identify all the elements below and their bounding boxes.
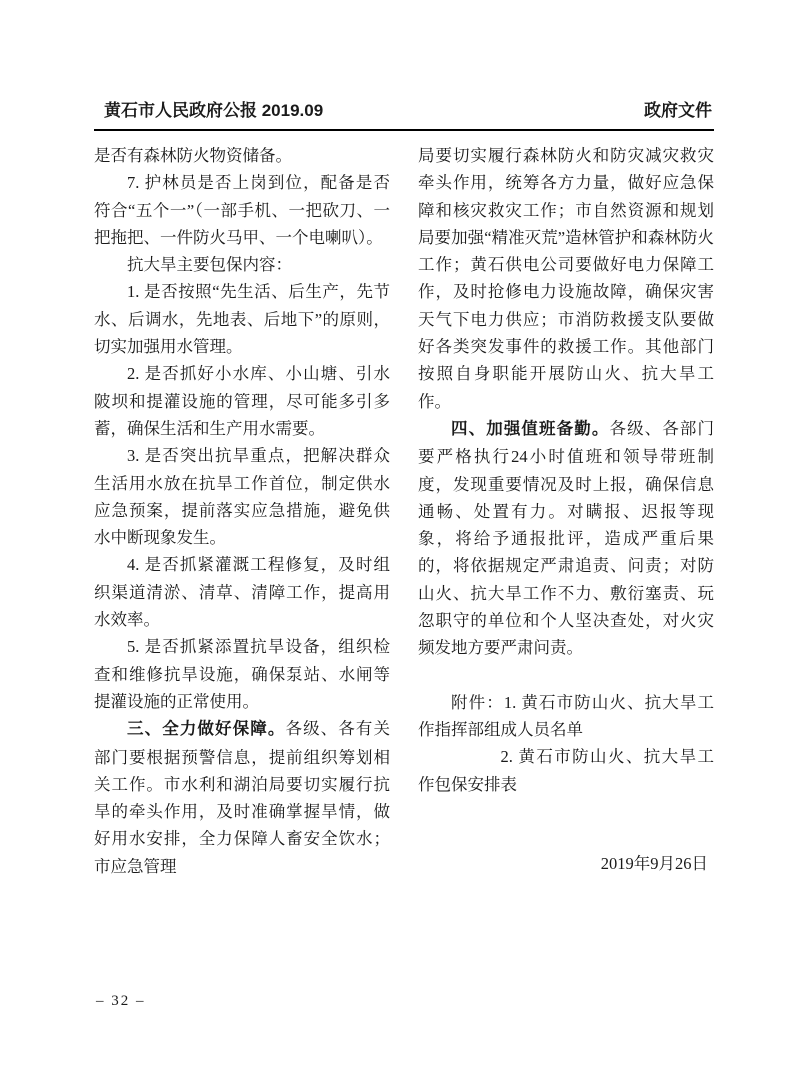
paragraph-text: 7. 护林员是否上岗到位，配备是否符合“五个一”（一部手机、一把砍刀、一把拖把、… <box>94 173 390 247</box>
paragraph-text: 抗大旱主要包保内容： <box>127 255 292 274</box>
paragraph-baobao-intro: 抗大旱主要包保内容： <box>94 251 390 278</box>
attachment-line-1: 附件：1. 黄石市防山火、抗大旱工作指挥部组成人员名单 <box>418 689 714 744</box>
paragraph-item-3: 3. 是否突出抗旱重点，把解决群众生活用水放在抗旱工作首位，制定供水应急预案，提… <box>94 442 390 551</box>
paragraph-continuation: 是否有森林防火物资储备。 <box>94 142 390 169</box>
paragraph-text: 各级、各有关部门要根据预警信息，提前组织筹划相关工作。市水利和湖泊局要切实履行抗… <box>94 719 390 875</box>
attachment-text: 附件：1. 黄石市防山火、抗大旱工作指挥部组成人员名单 <box>418 693 714 739</box>
document-date: 2019年9月26日 <box>418 850 714 877</box>
right-column: 局要切实履行森林防火和防灾减灾救灾牵头作用，统筹各方力量，做好应急保障和核灾救灾… <box>418 142 714 880</box>
gazette-title: 黄石市人民政府公报 2019.09 <box>94 100 323 122</box>
paragraph-text: 各级、各部门要严格执行24小时值班和领导带班制度，发现重要情况及时上报，确保信息… <box>418 419 714 657</box>
page-number: – 32 – <box>96 993 146 1010</box>
paragraph-text: 2. 是否抓好小水库、小山塘、引水陂坝和提灌设施的管理，尽可能多引多蓄，确保生活… <box>94 364 390 438</box>
gazette-page: 黄石市人民政府公报 2019.09 政府文件 是否有森林防火物资储备。 7. 护… <box>94 100 714 880</box>
paragraph-item-7: 7. 护林员是否上岗到位，配备是否符合“五个一”（一部手机、一把砍刀、一把拖把、… <box>94 169 390 251</box>
paragraph-section-4: 四、加强值班备勤。各级、各部门要严格执行24小时值班和领导带班制度，发现重要情况… <box>418 415 714 662</box>
two-column-body: 是否有森林防火物资储备。 7. 护林员是否上岗到位，配备是否符合“五个一”（一部… <box>94 142 714 880</box>
section-heading-3: 三、全力做好保障。 <box>127 720 285 738</box>
paragraph-text: 5. 是否抓紧添置抗旱设备，组织检查和维修抗旱设施，确保泵站、水闸等提灌设施的正… <box>94 637 390 711</box>
paragraph-section-3: 三、全力做好保障。各级、各有关部门要根据预警信息，提前组织筹划相关工作。市水利和… <box>94 715 390 880</box>
paragraph-item-1: 1. 是否按照“先生活、后生产，先节水、后调水，先地表、后地下”的原则，切实加强… <box>94 278 390 360</box>
paragraph-text: 3. 是否突出抗旱重点，把解决群众生活用水放在抗旱工作首位，制定供水应急预案，提… <box>94 446 390 547</box>
paragraph-section-3-continued: 局要切实履行森林防火和防灾减灾救灾牵头作用，统筹各方力量，做好应急保障和核灾救灾… <box>418 142 714 415</box>
paragraph-item-2: 2. 是否抓好小水库、小山塘、引水陂坝和提灌设施的管理，尽可能多引多蓄，确保生活… <box>94 360 390 442</box>
paragraph-text: 是否有森林防火物资储备。 <box>94 146 292 165</box>
paragraph-text: 局要切实履行森林防火和防灾减灾救灾牵头作用，统筹各方力量，做好应急保障和核灾救灾… <box>418 146 714 411</box>
page-header: 黄石市人民政府公报 2019.09 政府文件 <box>94 100 714 131</box>
paragraph-text: 1. 是否按照“先生活、后生产，先节水、后调水，先地表、后地下”的原则，切实加强… <box>94 282 390 356</box>
attachment-line-2: 2. 黄石市防山火、抗大旱工作包保安排表 <box>418 743 714 798</box>
section-heading-4: 四、加强值班备勤。 <box>451 420 609 438</box>
attachment-text: 2. 黄石市防山火、抗大旱工作包保安排表 <box>418 747 714 793</box>
paragraph-text: 4. 是否抓紧灌溉工程修复，及时组织渠道清淤、清草、清障工作，提高用水效率。 <box>94 555 390 629</box>
section-label: 政府文件 <box>644 100 714 122</box>
left-column: 是否有森林防火物资储备。 7. 护林员是否上岗到位，配备是否符合“五个一”（一部… <box>94 142 390 880</box>
paragraph-item-4: 4. 是否抓紧灌溉工程修复，及时组织渠道清淤、清草、清障工作，提高用水效率。 <box>94 551 390 633</box>
date-text: 2019年9月26日 <box>601 854 708 873</box>
paragraph-item-5: 5. 是否抓紧添置抗旱设备，组织检查和维修抗旱设施，确保泵站、水闸等提灌设施的正… <box>94 633 390 715</box>
